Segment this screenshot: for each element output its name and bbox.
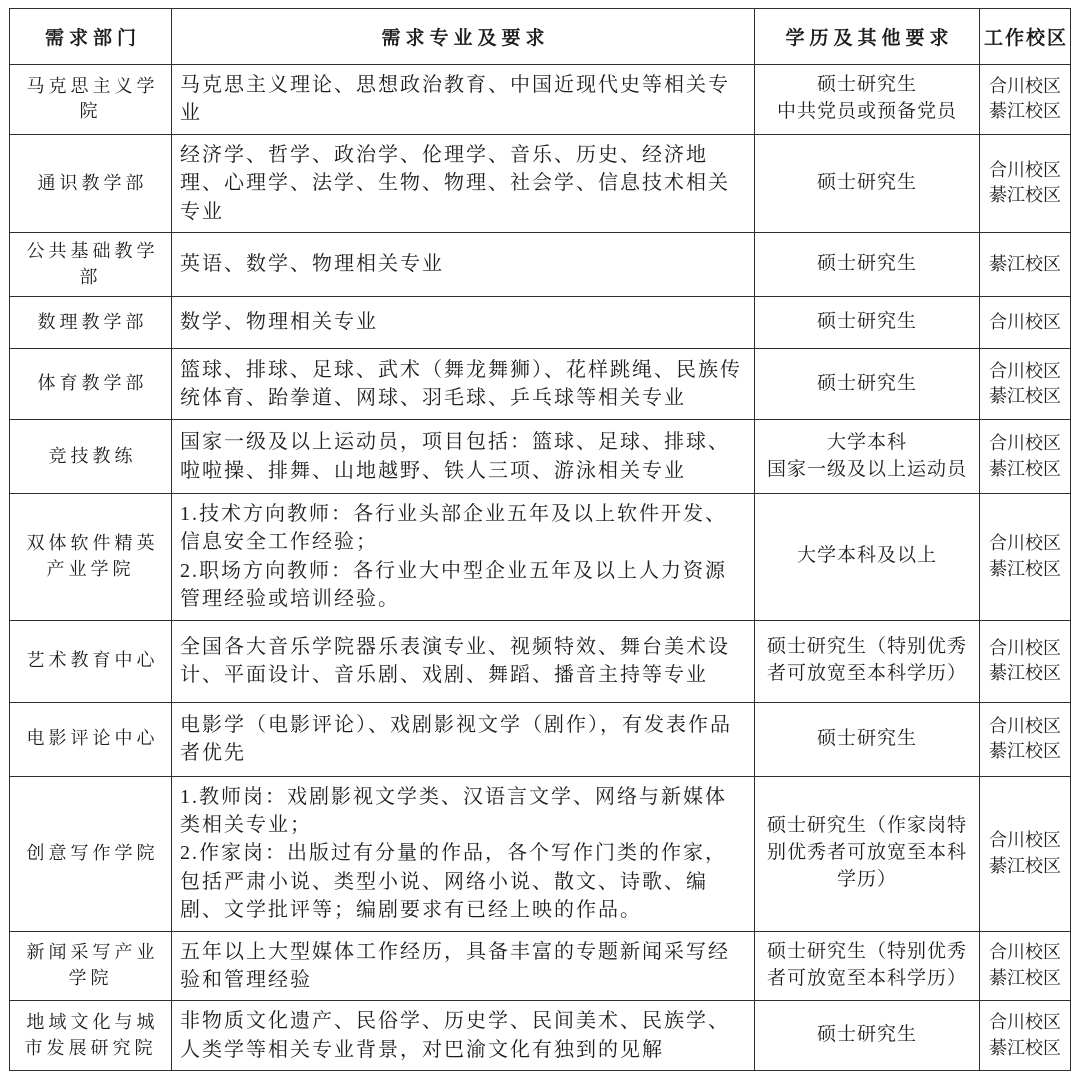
majors-cell: 马克思主义理论、思想政治教育、中国近现代史等相关专业 — [172, 65, 755, 135]
department-cell: 艺术教育中心 — [10, 620, 172, 702]
table-row: 通识教学部经济学、哲学、政治学、伦理学、音乐、历史、经济地理、心理学、法学、生物… — [10, 134, 1071, 232]
campus-cell: 合川校区 — [980, 297, 1071, 349]
column-header-department: 需求部门 — [10, 9, 172, 65]
department-cell: 竞技教练 — [10, 420, 172, 494]
table-row: 艺术教育中心全国各大音乐学院器乐表演专业、视频特效、舞台美术设计、平面设计、音乐… — [10, 620, 1071, 702]
department-cell: 新闻采写产业学院 — [10, 931, 172, 1001]
table-row: 双体软件精英产业学院1.技术方向教师：各行业头部企业五年及以上软件开发、信息安全… — [10, 494, 1071, 621]
table-row: 地域文化与城市发展研究院非物质文化遗产、民俗学、历史学、民间美术、民族学、人类学… — [10, 1001, 1071, 1071]
education-cell: 大学本科及以上 — [755, 494, 980, 621]
table-row: 数理教学部数学、物理相关专业硕士研究生合川校区 — [10, 297, 1071, 349]
education-cell: 硕士研究生（特别优秀者可放宽至本科学历） — [755, 620, 980, 702]
recruitment-table: 需求部门 需求专业及要求 学历及其他要求 工作校区 马克思主义学院马克思主义理论… — [9, 8, 1071, 1071]
column-header-campus: 工作校区 — [980, 9, 1071, 65]
campus-cell: 合川校区 綦江校区 — [980, 1001, 1071, 1071]
department-cell: 电影评论中心 — [10, 702, 172, 776]
education-cell: 硕士研究生 — [755, 349, 980, 420]
education-cell: 硕士研究生 — [755, 232, 980, 296]
table-row: 公共基础教学部英语、数学、物理相关专业硕士研究生綦江校区 — [10, 232, 1071, 296]
majors-cell: 数学、物理相关专业 — [172, 297, 755, 349]
campus-cell: 合川校区 綦江校区 — [980, 134, 1071, 232]
campus-cell: 合川校区 綦江校区 — [980, 702, 1071, 776]
department-cell: 数理教学部 — [10, 297, 172, 349]
campus-cell: 綦江校区 — [980, 232, 1071, 296]
majors-cell: 篮球、排球、足球、武术（舞龙舞狮）、花样跳绳、民族传统体育、跆拳道、网球、羽毛球… — [172, 349, 755, 420]
majors-cell: 1.教师岗：戏剧影视文学类、汉语言文学、网络与新媒体类相关专业； 2.作家岗：出… — [172, 776, 755, 931]
table-body: 马克思主义学院马克思主义理论、思想政治教育、中国近现代史等相关专业硕士研究生 中… — [10, 65, 1071, 1071]
campus-cell: 合川校区 綦江校区 — [980, 349, 1071, 420]
table-row: 体育教学部篮球、排球、足球、武术（舞龙舞狮）、花样跳绳、民族传统体育、跆拳道、网… — [10, 349, 1071, 420]
campus-cell: 合川校区 綦江校区 — [980, 620, 1071, 702]
department-cell: 公共基础教学部 — [10, 232, 172, 296]
campus-cell: 合川校区 綦江校区 — [980, 420, 1071, 494]
department-cell: 马克思主义学院 — [10, 65, 172, 135]
majors-cell: 非物质文化遗产、民俗学、历史学、民间美术、民族学、人类学等相关专业背景，对巴渝文… — [172, 1001, 755, 1071]
education-cell: 大学本科 国家一级及以上运动员 — [755, 420, 980, 494]
page: 需求部门 需求专业及要求 学历及其他要求 工作校区 马克思主义学院马克思主义理论… — [0, 0, 1080, 953]
campus-cell: 合川校区 綦江校区 — [980, 931, 1071, 1001]
campus-cell: 合川校区 綦江校区 — [980, 494, 1071, 621]
majors-cell: 电影学（电影评论）、戏剧影视文学（剧作），有发表作品者优先 — [172, 702, 755, 776]
majors-cell: 英语、数学、物理相关专业 — [172, 232, 755, 296]
education-cell: 硕士研究生 — [755, 702, 980, 776]
majors-cell: 五年以上大型媒体工作经历，具备丰富的专题新闻采写经验和管理经验 — [172, 931, 755, 1001]
majors-cell: 经济学、哲学、政治学、伦理学、音乐、历史、经济地理、心理学、法学、生物、物理、社… — [172, 134, 755, 232]
education-cell: 硕士研究生 中共党员或预备党员 — [755, 65, 980, 135]
department-cell: 创意写作学院 — [10, 776, 172, 931]
department-cell: 体育教学部 — [10, 349, 172, 420]
table-row: 马克思主义学院马克思主义理论、思想政治教育、中国近现代史等相关专业硕士研究生 中… — [10, 65, 1071, 135]
education-cell: 硕士研究生 — [755, 1001, 980, 1071]
education-cell: 硕士研究生（作家岗特别优秀者可放宽至本科学历） — [755, 776, 980, 931]
education-cell: 硕士研究生 — [755, 134, 980, 232]
education-cell: 硕士研究生 — [755, 297, 980, 349]
table-row: 竞技教练国家一级及以上运动员，项目包括：篮球、足球、排球、啦啦操、排舞、山地越野… — [10, 420, 1071, 494]
education-cell: 硕士研究生（特别优秀者可放宽至本科学历） — [755, 931, 980, 1001]
majors-cell: 1.技术方向教师：各行业头部企业五年及以上软件开发、信息安全工作经验； 2.职场… — [172, 494, 755, 621]
table-row: 创意写作学院1.教师岗：戏剧影视文学类、汉语言文学、网络与新媒体类相关专业； 2… — [10, 776, 1071, 931]
column-header-majors: 需求专业及要求 — [172, 9, 755, 65]
department-cell: 地域文化与城市发展研究院 — [10, 1001, 172, 1071]
column-header-education: 学历及其他要求 — [755, 9, 980, 65]
department-cell: 通识教学部 — [10, 134, 172, 232]
majors-cell: 全国各大音乐学院器乐表演专业、视频特效、舞台美术设计、平面设计、音乐剧、戏剧、舞… — [172, 620, 755, 702]
department-cell: 双体软件精英产业学院 — [10, 494, 172, 621]
majors-cell: 国家一级及以上运动员，项目包括：篮球、足球、排球、啦啦操、排舞、山地越野、铁人三… — [172, 420, 755, 494]
campus-cell: 合川校区 綦江校区 — [980, 776, 1071, 931]
campus-cell: 合川校区 綦江校区 — [980, 65, 1071, 135]
table-row: 新闻采写产业学院五年以上大型媒体工作经历，具备丰富的专题新闻采写经验和管理经验硕… — [10, 931, 1071, 1001]
table-row: 电影评论中心电影学（电影评论）、戏剧影视文学（剧作），有发表作品者优先硕士研究生… — [10, 702, 1071, 776]
header-row: 需求部门 需求专业及要求 学历及其他要求 工作校区 — [10, 9, 1071, 65]
